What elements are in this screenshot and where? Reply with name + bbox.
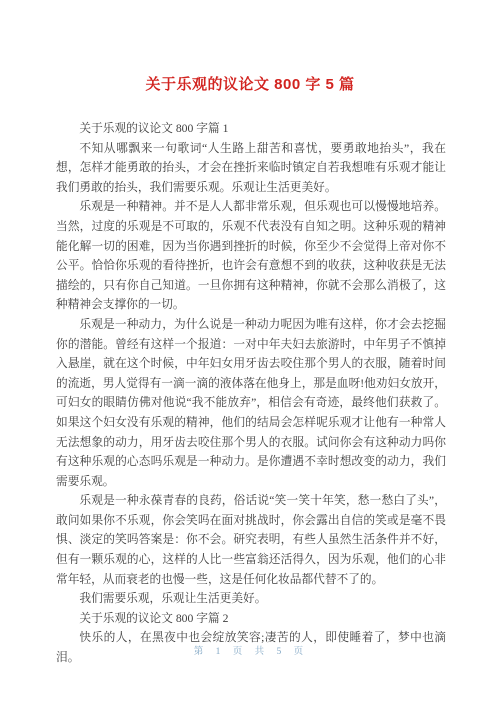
paragraph: 不知从哪飘来一句歌词“人生路上甜苦和喜忧，要勇敢地抬头”，我在想，怎样才能勇敢的… xyxy=(56,139,446,198)
paragraph: 我们需要乐观，乐观让生活更美好。 xyxy=(56,589,446,609)
paragraph: 乐观是一种动力，为什么说是一种动力呢因为唯有这样，你才会去挖掘你的潜能。曾经有这… xyxy=(56,315,446,491)
section-heading-1: 关于乐观的议论文 800 字篇 1 xyxy=(56,119,446,139)
page-number-indicator: 第 1 页 共 5 页 xyxy=(0,643,500,657)
section-heading-2: 关于乐观的议论文 800 字篇 2 xyxy=(56,609,446,629)
document-page: 关于乐观的议论文 800 字 5 篇 关于乐观的议论文 800 字篇 1 不知从… xyxy=(0,0,500,707)
essay-body: 关于乐观的议论文 800 字篇 1 不知从哪飘来一句歌词“人生路上甜苦和喜忧，要… xyxy=(56,119,446,668)
essay-title: 关于乐观的议论文 800 字 5 篇 xyxy=(0,73,500,94)
paragraph: 乐观是一种永葆青春的良药，俗话说“笑一笑十年笑，愁一愁白了头”，敢问如果你不乐观… xyxy=(56,491,446,589)
paragraph: 乐观是一种精神。并不是人人都非常乐观，但乐观也可以慢慢地培养。当然，过度的乐观是… xyxy=(56,197,446,315)
